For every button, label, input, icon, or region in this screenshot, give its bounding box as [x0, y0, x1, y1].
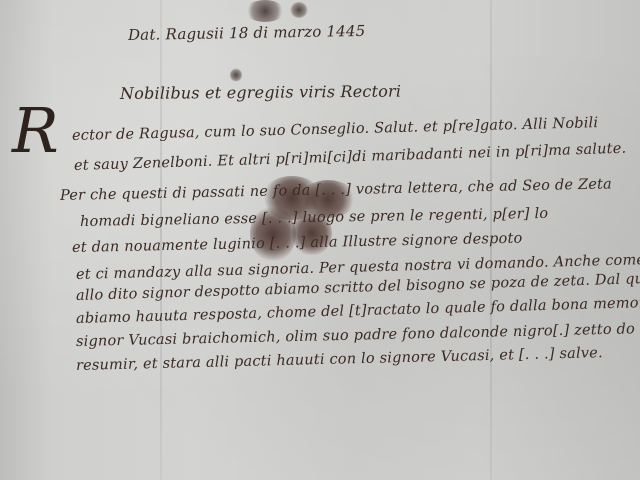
ink-blot — [250, 206, 296, 262]
salutation: Nobilibus et egregiis viris Rectori — [120, 82, 401, 103]
ink-stain — [230, 68, 242, 82]
ink-stain — [245, 0, 285, 22]
ink-stain — [290, 2, 308, 18]
decorated-initial: R — [12, 100, 59, 162]
ink-blot — [292, 210, 332, 256]
